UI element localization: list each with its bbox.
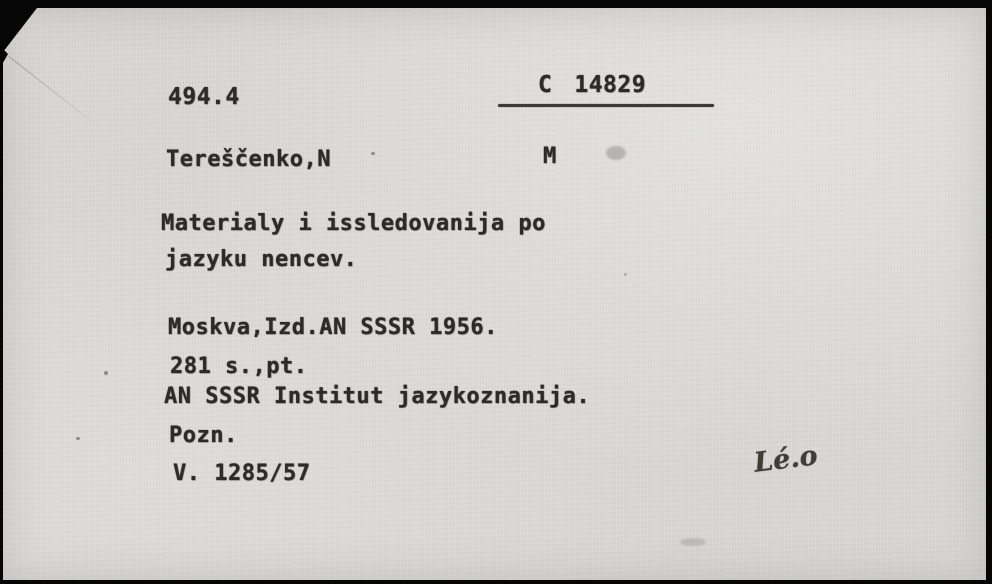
collation-line: 281 s.,pt. [170, 354, 307, 379]
paper-crease [8, 56, 103, 131]
ink-speck [76, 437, 80, 440]
ink-speck [104, 371, 108, 375]
shelfmark: C 14829 [538, 72, 646, 98]
format-letter: M [543, 144, 557, 169]
title-line-2: jazyku nencev. [165, 247, 357, 272]
note-line: Pozn. [169, 423, 238, 448]
shelfmark-letter: C [538, 72, 552, 98]
author-line: Tereščenko,N [166, 147, 331, 172]
catalog-card-paper [3, 8, 986, 580]
series-line: AN SSSR Institut jazykoznanija. [164, 384, 590, 409]
ink-speck [371, 152, 375, 155]
scanned-catalog-card: 494.4 C 14829 Tereščenko,N M Materialy i… [0, 0, 992, 584]
imprint-line: Moskva,Izd.AN SSSR 1956. [168, 315, 498, 340]
shelfmark-number: 14829 [574, 72, 646, 98]
scan-smudge [680, 538, 706, 546]
classification-number: 494.4 [168, 84, 240, 110]
shelfmark-underline [498, 104, 714, 107]
accession-number: V. 1285/57 [173, 461, 310, 486]
ink-speck [624, 273, 627, 276]
scan-edge-notch [0, 46, 8, 68]
title-line-1: Materialy i issledovanija po [161, 211, 546, 236]
scan-smudge [606, 146, 626, 160]
